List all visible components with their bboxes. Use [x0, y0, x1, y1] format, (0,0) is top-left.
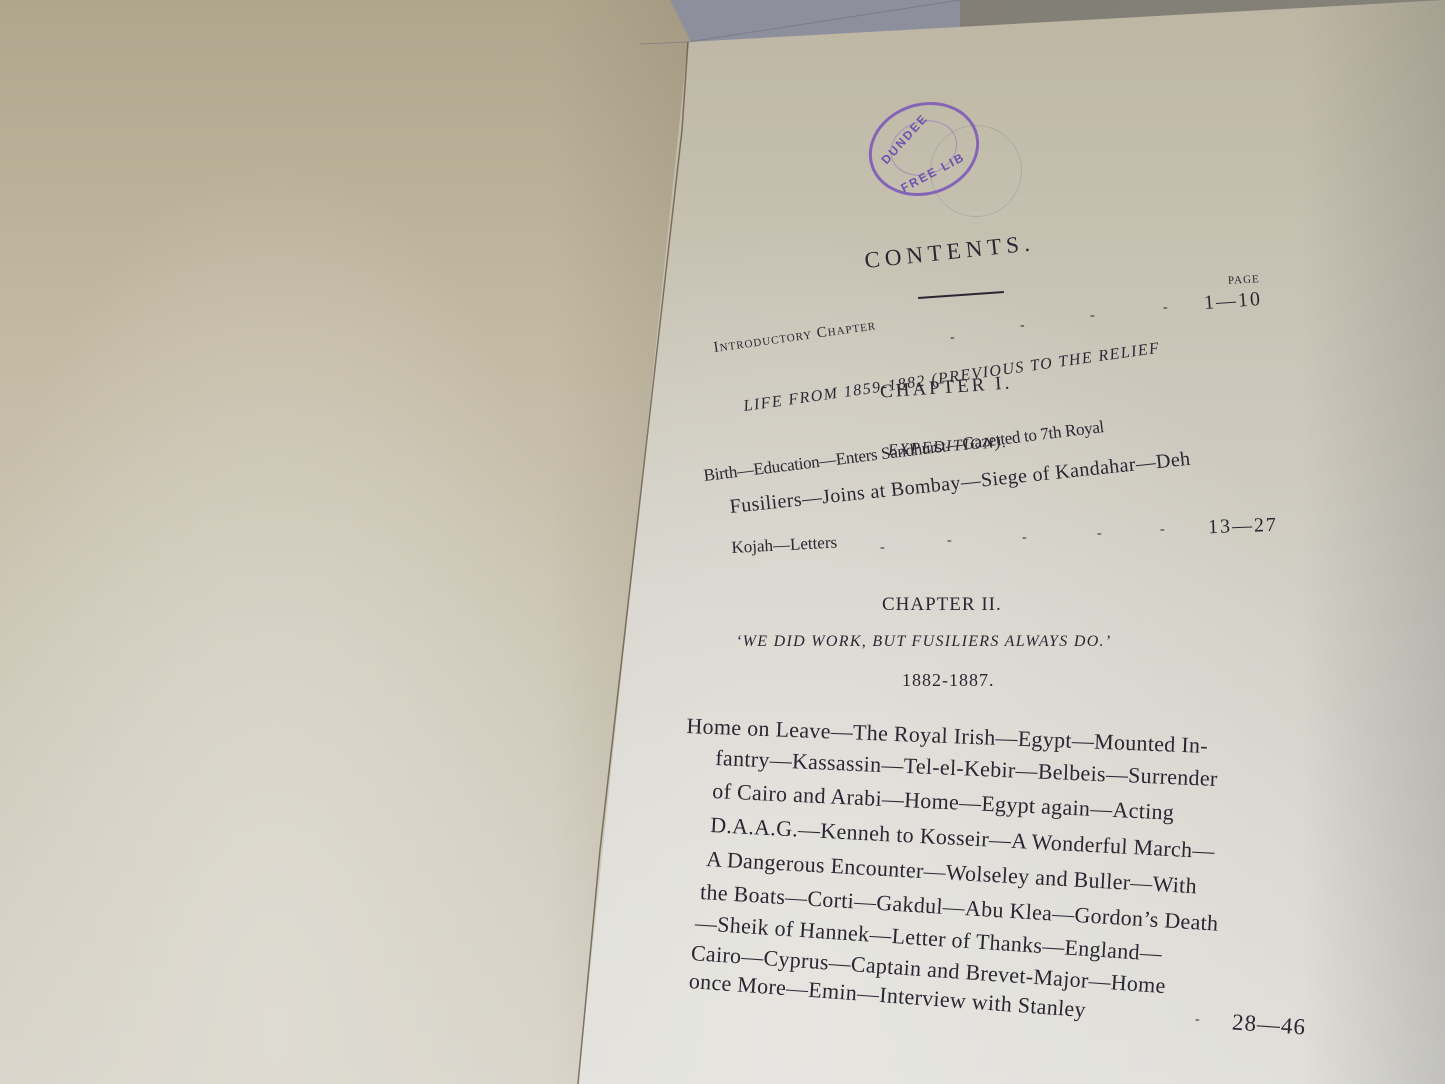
chapter-2-subtitle: ‘WE DID WORK, BUT FUSILIERS ALWAYS DO.’: [736, 633, 1112, 651]
entry-introductory-chapter: Introductory Chapter: [713, 317, 878, 357]
page-column-label: PAGE: [1228, 273, 1260, 287]
title-divider: [918, 291, 1004, 298]
leader-dot: -: [1020, 318, 1025, 334]
chapter-2-page-range: 28—46: [1231, 1009, 1307, 1040]
leader-dot: -: [950, 330, 955, 346]
chapter-2-years: 1882-1887.: [902, 670, 995, 691]
leader-dot: -: [947, 533, 952, 549]
contents-page-text: DUNDEE FREE LIB CONTENTS. PAGE Introduct…: [0, 0, 1445, 1084]
leader-dot: -: [1090, 308, 1095, 324]
chapter-1-subtitle: LIFE FROM 1859-1882 (PREVIOUS TO THE REL…: [742, 340, 1161, 416]
leader-dot: -: [1160, 522, 1165, 538]
entry-page-range: 1—10: [1203, 288, 1262, 315]
page-title: CONTENTS.: [863, 230, 1036, 274]
leader-dot: -: [880, 540, 885, 556]
leader-dot: -: [1022, 530, 1027, 546]
leader-dot: -: [1097, 526, 1102, 542]
chapter-1-page-range: 13—27: [1208, 514, 1279, 539]
chapter-1-description-line: Kojah—Letters: [731, 532, 838, 558]
chapter-2-heading: CHAPTER II.: [882, 594, 1002, 616]
leader-dot: -: [1195, 1012, 1200, 1028]
book-photo: DUNDEE FREE LIB CONTENTS. PAGE Introduct…: [0, 0, 1445, 1084]
leader-dot: -: [1163, 300, 1168, 316]
